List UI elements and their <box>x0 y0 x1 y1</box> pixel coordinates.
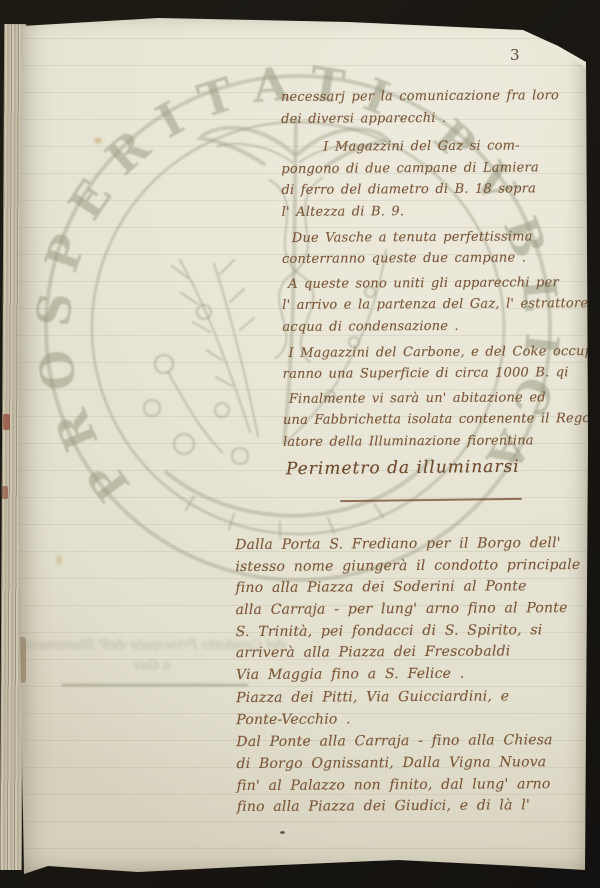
paper-stain <box>92 136 104 145</box>
manuscript-line: di ferro del diametro di B. 18 sopra <box>281 178 583 201</box>
manuscript-line: dei diversi apparecchi . <box>281 107 583 130</box>
binding-stitch-mark <box>3 414 10 430</box>
manuscript-line: l' Altezza di B. 9. <box>282 200 584 223</box>
bleed-through-underline <box>62 684 248 686</box>
manuscript-line: I Magazzini del Carbone, e del Coke occu… <box>288 341 584 364</box>
manuscript-line: l' arrivo e la partenza del Gaz, l' estr… <box>282 293 584 316</box>
manuscript-line: Dalla Porta S. Frediano per il Borgo del… <box>235 533 587 557</box>
manuscript-line: S. Trinità, pei fondacci di S. Spirito, … <box>236 620 588 644</box>
manuscript-line: alla Carraja - per lung' arno fino al Po… <box>236 598 588 622</box>
paragraph-block-gas-description: necessarj per la comunicazione fra lorod… <box>281 85 585 453</box>
manuscript-line: acqua di condensazione . <box>282 315 584 338</box>
manuscript-line: Ponte-Vecchio . <box>236 707 588 731</box>
manuscript-line: arriverà alla Piazza dei Frescobaldi <box>236 641 588 665</box>
manuscript-line: fin' al Palazzo non finito, dal lung' ar… <box>237 773 589 797</box>
manuscript-line: I Magazzini del Gaz si com- <box>323 135 583 158</box>
manuscript-line: una Fabbrichetta isolata contenente il R… <box>283 408 585 431</box>
ink-speck <box>280 831 285 834</box>
manuscript-page: PROSPERITATI PVBLICAE <box>18 12 588 878</box>
manuscript-line: pongono di due campane di Lamiera <box>281 157 583 180</box>
manuscript-line: A queste sono uniti gli apparecchi per <box>288 272 584 295</box>
manuscript-line: conterranno queste due campane . <box>282 247 584 270</box>
manuscript-line: necessarj per la comunicazione fra loro <box>281 85 583 108</box>
binding-stitch-mark <box>2 486 8 499</box>
page-number: 3 <box>510 46 520 64</box>
manuscript-line: Finalmente vi sarà un' abitazione ed <box>289 387 585 410</box>
photo-backdrop: PROSPERITATI PVBLICAE <box>0 0 600 888</box>
manuscript-line: di Borgo Ognissanti, Dalla Vigna Nuova <box>236 752 588 776</box>
manuscript-line: Piazza dei Pitti, Via Guicciardini, e <box>236 686 588 710</box>
manuscript-line: Dal Ponte alla Carraja - fino alla Chies… <box>236 730 588 754</box>
paper-stain <box>54 552 64 568</box>
manuscript-line: latore della Illuminazione fiorentina <box>283 430 585 453</box>
paragraph-block-perimeter: Dalla Porta S. Frediano per il Borgo del… <box>235 533 589 819</box>
manuscript-line: Via Maggia fino a S. Felice . <box>236 663 588 687</box>
section-heading: Perimetro da illuminarsi <box>286 457 520 479</box>
manuscript-line: ranno una Superficie di circa 1000 B. qi <box>283 362 585 385</box>
manuscript-line: fino alla Piazza dei Soderini al Ponte <box>235 576 587 600</box>
manuscript-line: Due Vasche a tenuta perfettissima <box>292 226 584 249</box>
manuscript-line: fino alla Piazza dei Giudici, e di là l' <box>237 795 589 819</box>
manuscript-line: istesso nome giungerà il condotto princi… <box>235 555 587 579</box>
